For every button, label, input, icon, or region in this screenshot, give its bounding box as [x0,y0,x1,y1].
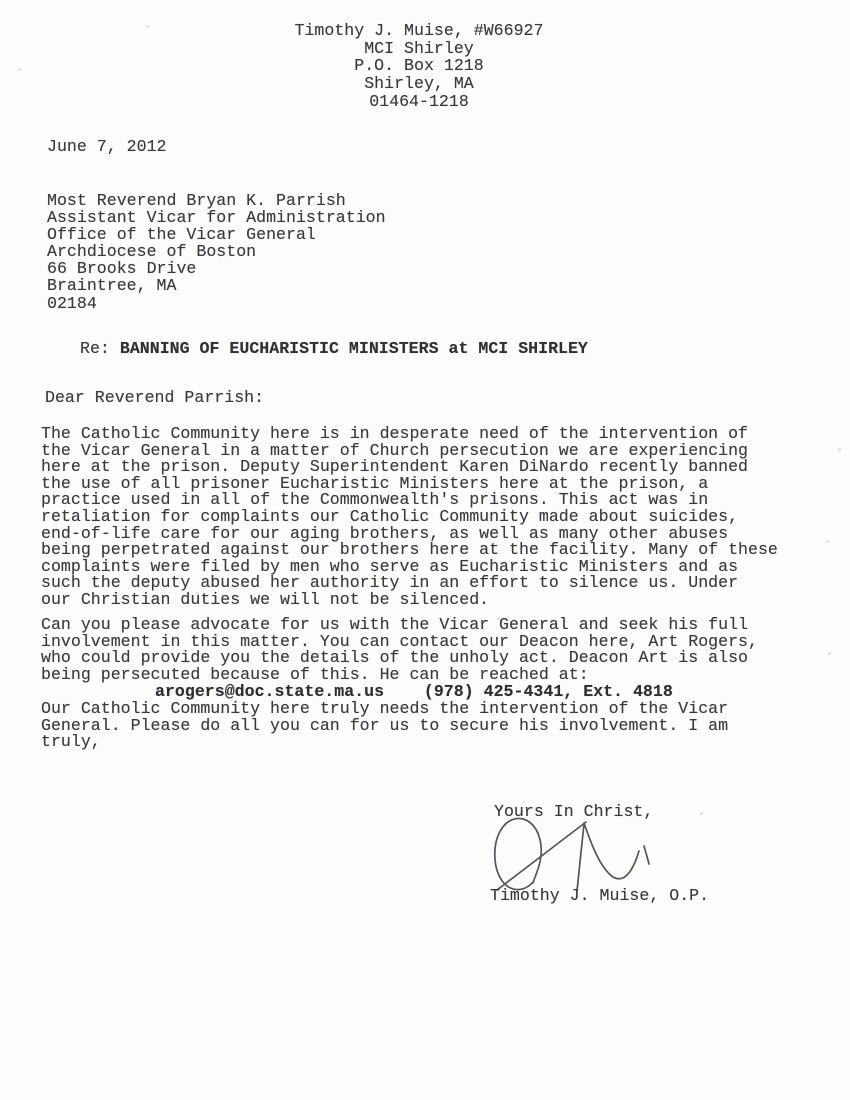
scan-speck [700,812,703,815]
scan-speck [497,617,500,620]
subject-title: BANNING OF EUCHARISTIC MINISTERS at MCI … [110,339,588,358]
recipient-address: Most Reverend Bryan K. Parrish Assistant… [47,192,386,312]
subject-line: Re:BANNING OF EUCHARISTIC MINISTERS at M… [80,341,588,358]
typed-signature-name: Timothy J. Muise, O.P. [490,888,709,905]
body-paragraph-1: The Catholic Community here is in desper… [41,426,778,609]
letter-date: June 7, 2012 [47,139,167,156]
salutation: Dear Reverend Parrish: [45,390,264,407]
scan-speck [828,652,831,655]
scan-speck [18,68,21,71]
body-paragraph-2: Can you please advocate for us with the … [41,617,758,683]
scan-speck [196,592,199,595]
sender-address: Timothy J. Muise, #W66927 MCI Shirley P.… [264,22,574,111]
subject-prefix: Re: [80,339,110,358]
scan-speck [146,25,149,28]
body-paragraph-3: Our Catholic Community here truly needs … [41,701,728,751]
scan-speck [826,540,829,543]
scanned-letter-page: Timothy J. Muise, #W66927 MCI Shirley P.… [0,0,850,1100]
scan-speck [838,448,841,451]
